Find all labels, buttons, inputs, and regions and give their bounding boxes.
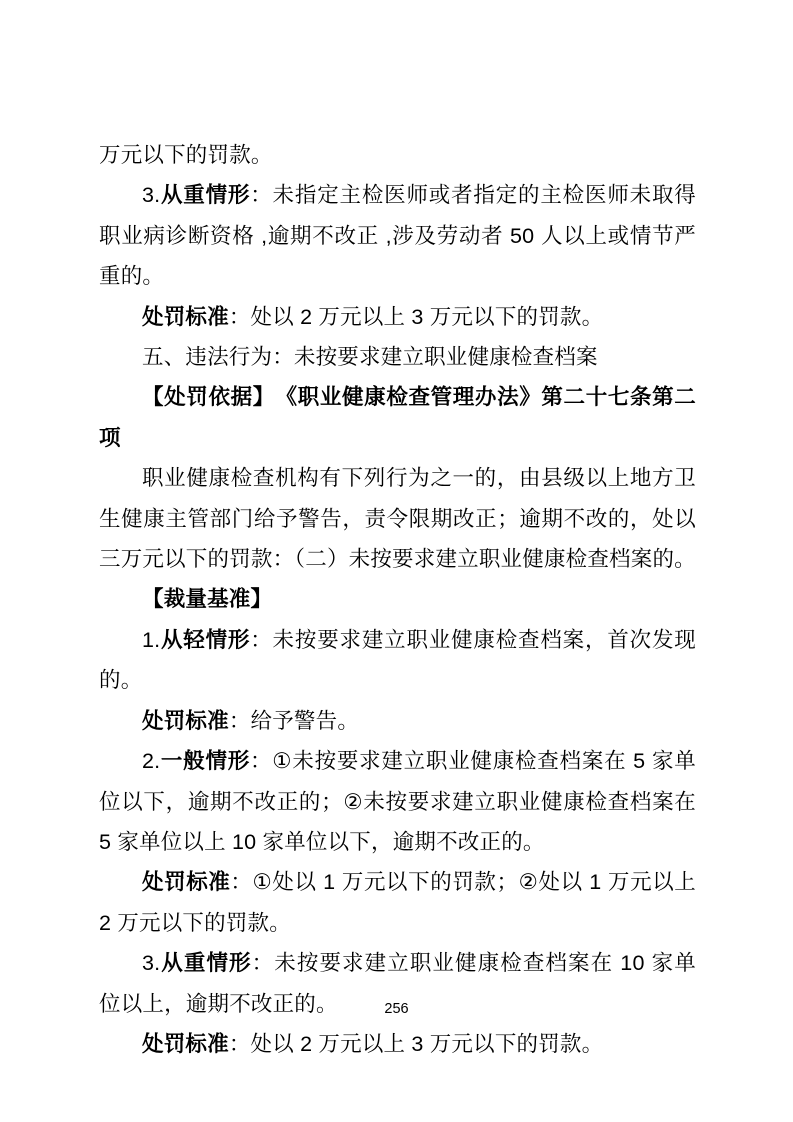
paragraph-penalty-standard-3: 处罚标准：处以 2 万元以上 3 万元以下的罚款。 xyxy=(99,1024,696,1064)
paragraph-text: ：处以 2 万元以上 3 万元以下的罚款。 xyxy=(229,305,604,329)
paragraph-penalty-standard-1: 处罚标准：给予警告。 xyxy=(99,701,696,741)
paragraph-text: 五、违法行为：未按要求建立职业健康检查档案 xyxy=(142,345,598,369)
paragraph-text: 万元以下的罚款。 xyxy=(99,143,273,167)
paragraph-penalty-standard-2: 处罚标准：①处以 1 万元以下的罚款；②处以 1 万元以上 2 万元以下的罚款。 xyxy=(99,862,696,943)
paragraph-violation-five-heading: 五、违法行为：未按要求建立职业健康检查档案 xyxy=(99,337,696,377)
bold-term-penalty-standard: 处罚标准 xyxy=(142,305,229,329)
bold-term-general: 一般情形 xyxy=(160,749,250,773)
bold-term-aggravating: 从重情形 xyxy=(160,183,250,207)
bold-term-penalty-standard: 处罚标准 xyxy=(142,709,229,733)
document-page: 万元以下的罚款。 3.从重情形：未指定主检医师或者指定的主检医师未取得职业病诊断… xyxy=(0,0,793,1122)
paragraph-aggravating-circumstance-prev-item: 3.从重情形：未指定主检医师或者指定的主检医师未取得职业病诊断资格 ,逾期不改正… xyxy=(99,175,696,296)
bold-heading-discretion-benchmark: 【裁量基准】 xyxy=(142,587,272,611)
paragraph-fine-continuation: 万元以下的罚款。 xyxy=(99,135,696,175)
paragraph-general-circumstance-item: 2.一般情形：①未按要求建立职业健康检查档案在 5 家单位以下，逾期不改正的；②… xyxy=(99,741,696,862)
page-number: 256 xyxy=(0,999,793,1019)
bold-term-aggravating: 从重情形 xyxy=(160,951,251,975)
page-body: 万元以下的罚款。 3.从重情形：未指定主检医师或者指定的主检医师未取得职业病诊断… xyxy=(99,135,696,1064)
paragraph-discretion-benchmark-heading: 【裁量基准】 xyxy=(99,579,696,619)
item-number: 2. xyxy=(142,749,160,773)
paragraph-penalty-standard-prev: 处罚标准：处以 2 万元以上 3 万元以下的罚款。 xyxy=(99,297,696,337)
bold-heading-penalty-basis: 【处罚依据】 《职业健康检查管理办法》第二十七条第二项 xyxy=(99,385,696,449)
paragraph-text: ：处以 2 万元以上 3 万元以下的罚款。 xyxy=(229,1032,604,1056)
bold-term-penalty-standard: 处罚标准 xyxy=(142,870,230,894)
bold-term-penalty-standard: 处罚标准 xyxy=(142,1032,229,1056)
paragraph-text: ：给予警告。 xyxy=(229,709,359,733)
paragraph-mitigating-circumstance-item: 1.从轻情形：未按要求建立职业健康检查档案，首次发现的。 xyxy=(99,620,696,701)
item-number: 1. xyxy=(142,628,160,652)
paragraph-legal-provision: 职业健康检查机构有下列行为之一的，由县级以上地方卫生健康主管部门给予警告，责令限… xyxy=(99,458,696,579)
item-number: 3. xyxy=(142,183,160,207)
item-number: 3. xyxy=(142,951,160,975)
paragraph-text: 职业健康检查机构有下列行为之一的，由县级以上地方卫生健康主管部门给予警告，责令限… xyxy=(99,466,696,571)
paragraph-penalty-basis-heading: 【处罚依据】 《职业健康检查管理办法》第二十七条第二项 xyxy=(99,377,696,458)
bold-term-mitigating: 从轻情形 xyxy=(160,628,250,652)
